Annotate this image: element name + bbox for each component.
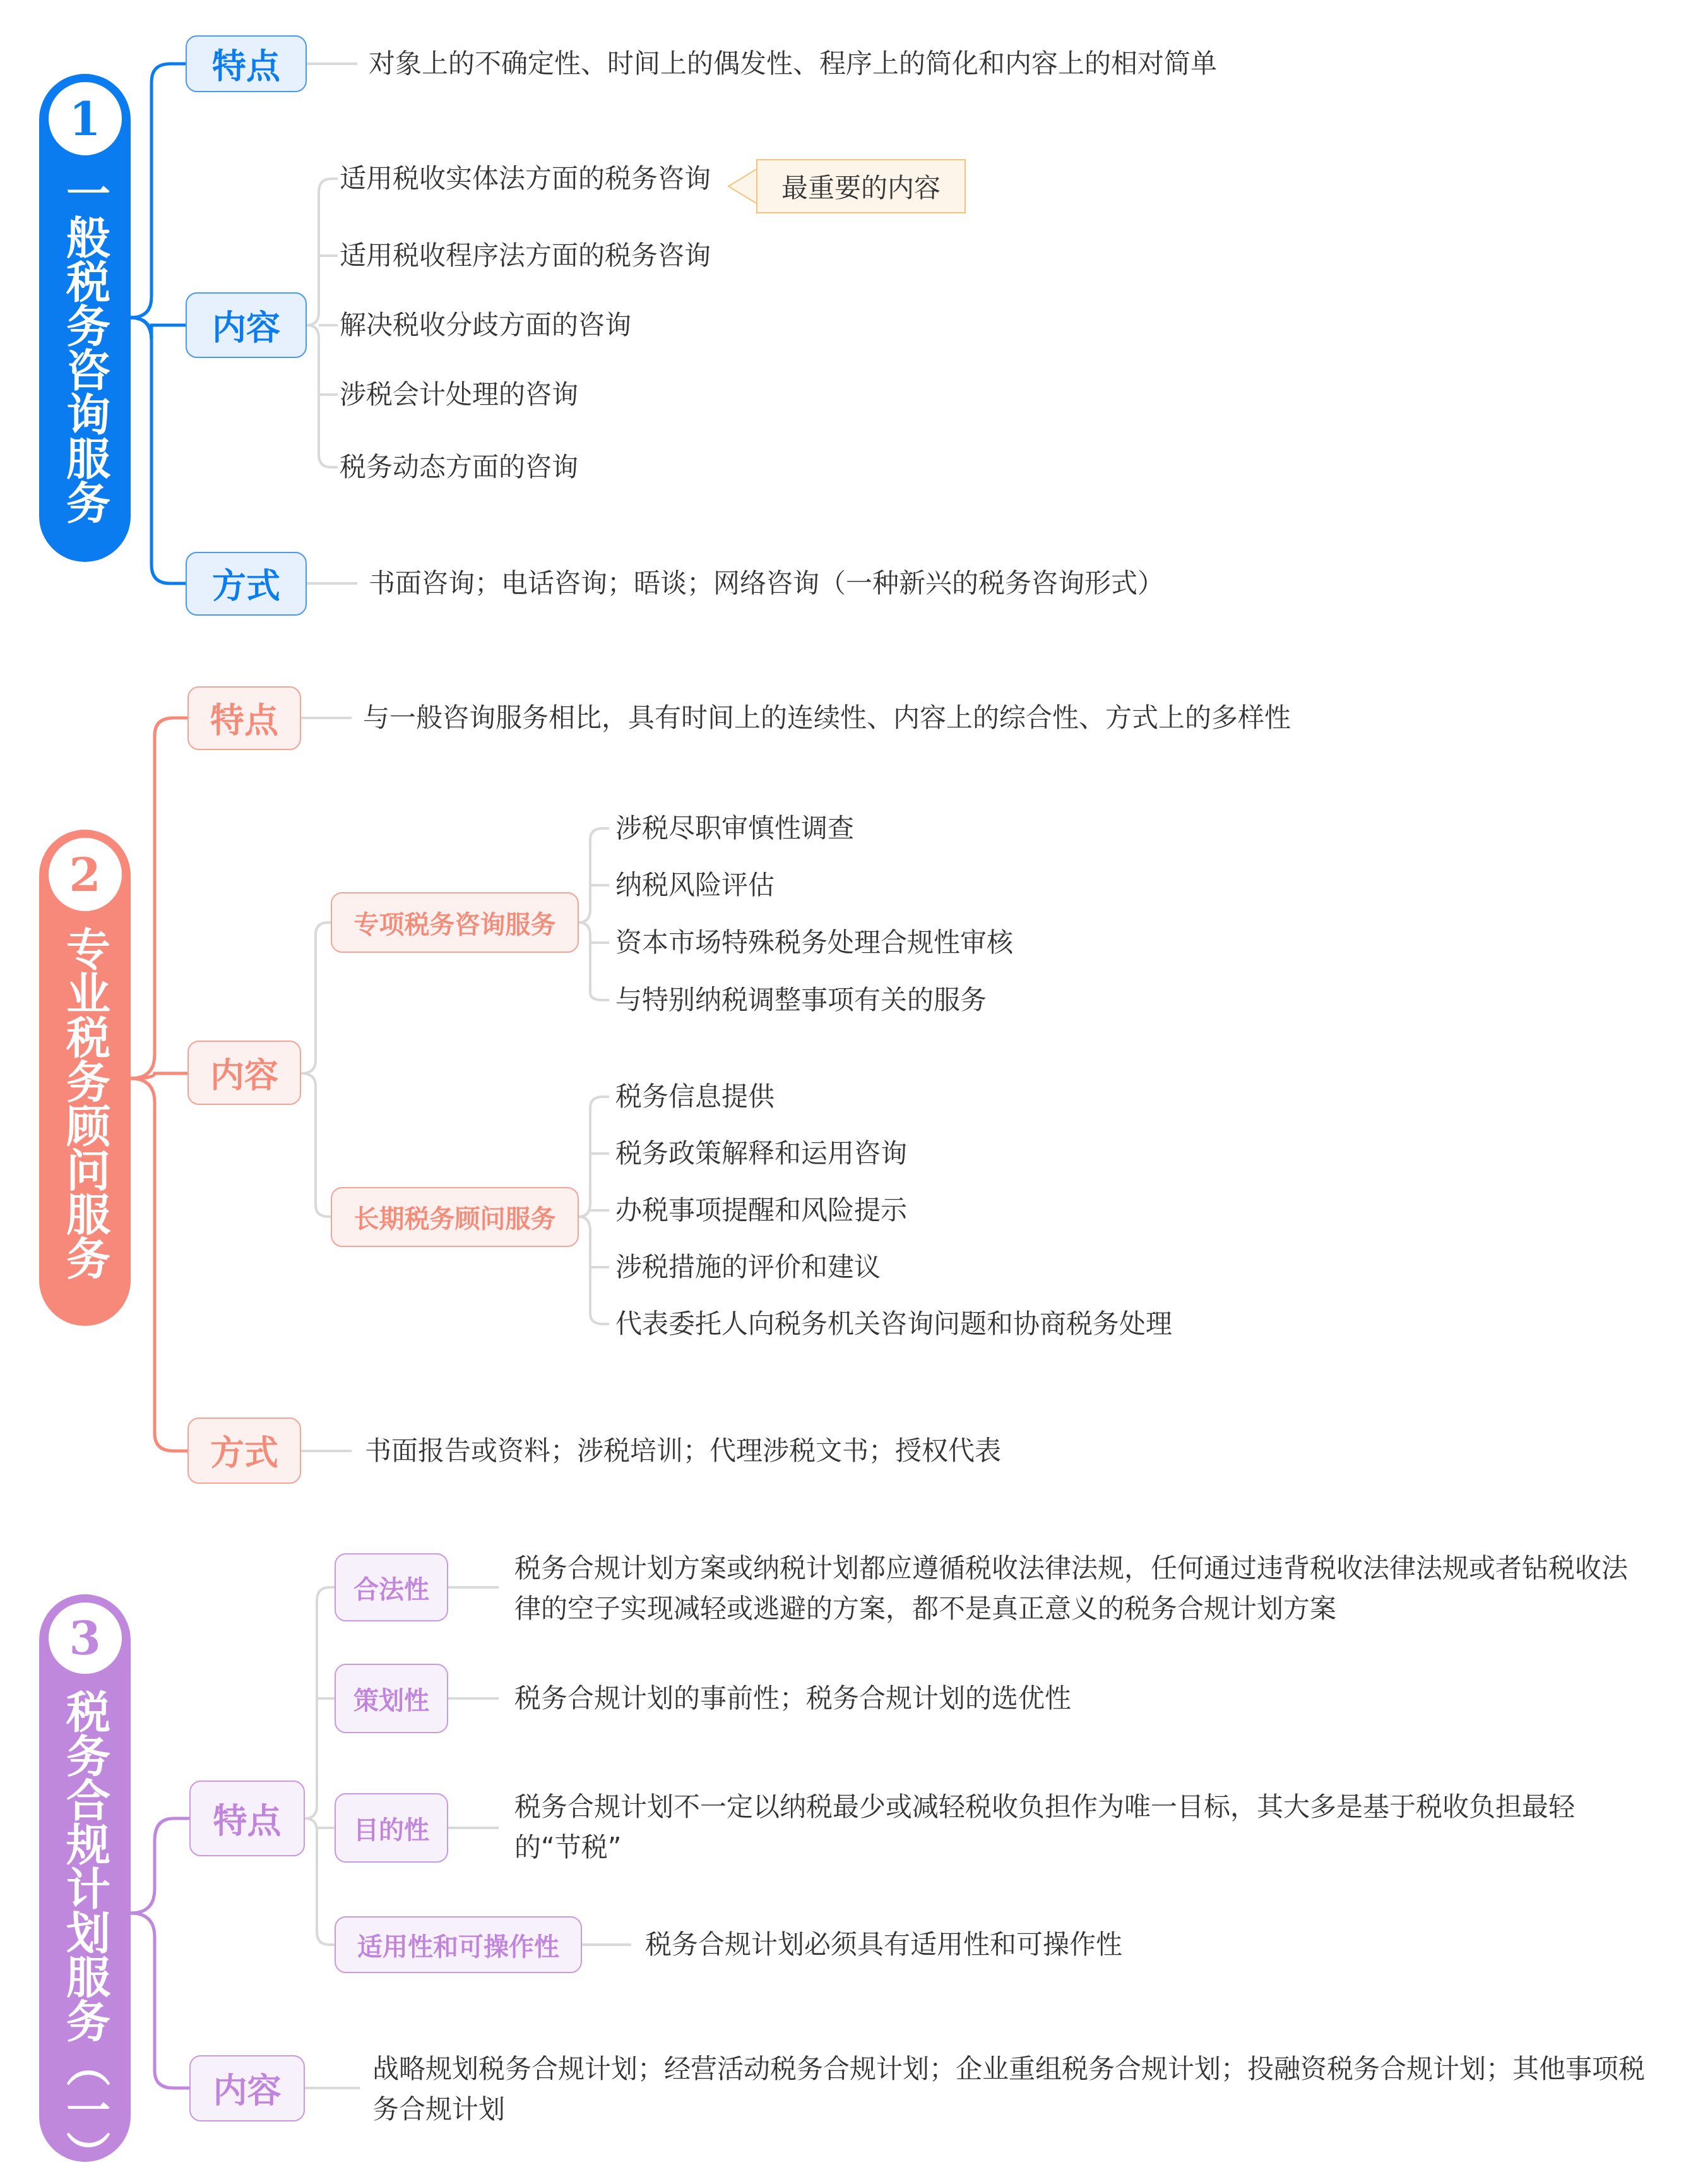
main-topic-title: 税务合规计划服务（一） xyxy=(63,1689,107,2162)
main-topic-pill-3[interactable]: 3 税务合规计划服务（一） xyxy=(39,1594,131,2162)
leaf-features-text: 对象上的不确定性、时间上的偶发性、程序上的简化和内容上的相对简单 xyxy=(369,44,1217,84)
section-number-badge: 3 xyxy=(49,1602,122,1674)
leaf-item: 纳税风险评估 xyxy=(615,865,775,905)
node-features[interactable]: 特点 xyxy=(186,35,307,92)
subnode-planning[interactable]: 策划性 xyxy=(335,1664,448,1733)
node-methods[interactable]: 方式 xyxy=(187,1417,301,1484)
node-methods[interactable]: 方式 xyxy=(186,552,307,616)
callout-pointer-icon xyxy=(727,167,759,205)
leaf-content-item: 税务动态方面的咨询 xyxy=(340,447,578,487)
leaf-purposiveness-text: 税务合规计划不一定以纳税最少或减轻税收负担作为唯一目标，其大多是基于税收负担最轻… xyxy=(514,1787,1625,1868)
leaf-content-item: 适用税收程序法方面的税务咨询 xyxy=(340,236,711,276)
node-content[interactable]: 内容 xyxy=(189,2055,305,2121)
subnode-purposiveness[interactable]: 目的性 xyxy=(335,1793,448,1863)
leaf-legality-text: 税务合规计划方案或纳税计划都应遵循税收法律法规，任何通过违背税收法律法规或者钻税… xyxy=(514,1548,1651,1629)
leaf-item: 税务政策解释和运用咨询 xyxy=(615,1133,907,1174)
leaf-applicability-text: 税务合规计划必须具有适用性和可操作性 xyxy=(645,1924,1122,1965)
leaf-features-text: 与一般咨询服务相比，具有时间上的连续性、内容上的综合性、方式上的多样性 xyxy=(363,698,1291,738)
leaf-item: 与特别纳税调整事项有关的服务 xyxy=(615,980,987,1020)
leaf-item: 代表委托人向税务机关咨询问题和协商税务处理 xyxy=(615,1304,1172,1344)
leaf-item: 办税事项提醒和风险提示 xyxy=(615,1190,907,1231)
section-number-badge: 1 xyxy=(49,82,122,155)
callout-most-important: 最重要的内容 xyxy=(756,159,966,213)
subnode-legality[interactable]: 合法性 xyxy=(335,1553,448,1621)
leaf-content-item: 解决税收分歧方面的咨询 xyxy=(340,305,631,345)
main-topic-title: 一般税务咨询服务 xyxy=(63,170,107,524)
leaf-planning-text: 税务合规计划的事前性；税务合规计划的选优性 xyxy=(514,1678,1071,1719)
section-number-badge: 2 xyxy=(49,838,122,911)
main-topic-title: 专业税务顾问服务 xyxy=(63,926,107,1280)
leaf-item: 资本市场特殊税务处理合规性审核 xyxy=(615,922,1013,963)
leaf-methods-text: 书面报告或资料；涉税培训；代理涉税文书；授权代表 xyxy=(365,1431,1001,1471)
node-content[interactable]: 内容 xyxy=(186,292,307,358)
subnode-long-term-advisory[interactable]: 长期税务顾问服务 xyxy=(331,1187,579,1247)
leaf-item: 涉税措施的评价和建议 xyxy=(615,1247,881,1287)
subnode-special-consulting[interactable]: 专项税务咨询服务 xyxy=(331,892,579,953)
main-topic-pill-2[interactable]: 2 专业税务顾问服务 xyxy=(39,830,131,1326)
main-topic-pill-1[interactable]: 1 一般税务咨询服务 xyxy=(39,74,131,562)
leaf-content-text: 战略规划税务合规计划；经营活动税务合规计划；企业重组税务合规计划；投融资税务合规… xyxy=(372,2049,1647,2130)
node-features[interactable]: 特点 xyxy=(189,1781,305,1856)
leaf-methods-text: 书面咨询；电话咨询；晤谈；网络咨询（一种新兴的税务咨询形式） xyxy=(369,563,1164,604)
leaf-item: 税务信息提供 xyxy=(615,1077,775,1117)
leaf-item: 涉税尽职审慎性调查 xyxy=(615,808,854,849)
leaf-content-item: 涉税会计处理的咨询 xyxy=(340,374,578,415)
node-content[interactable]: 内容 xyxy=(187,1041,301,1105)
subnode-applicability-operability[interactable]: 适用性和可操作性 xyxy=(335,1916,582,1973)
leaf-content-item: 适用税收实体法方面的税务咨询 xyxy=(340,158,711,199)
node-features[interactable]: 特点 xyxy=(187,686,301,750)
